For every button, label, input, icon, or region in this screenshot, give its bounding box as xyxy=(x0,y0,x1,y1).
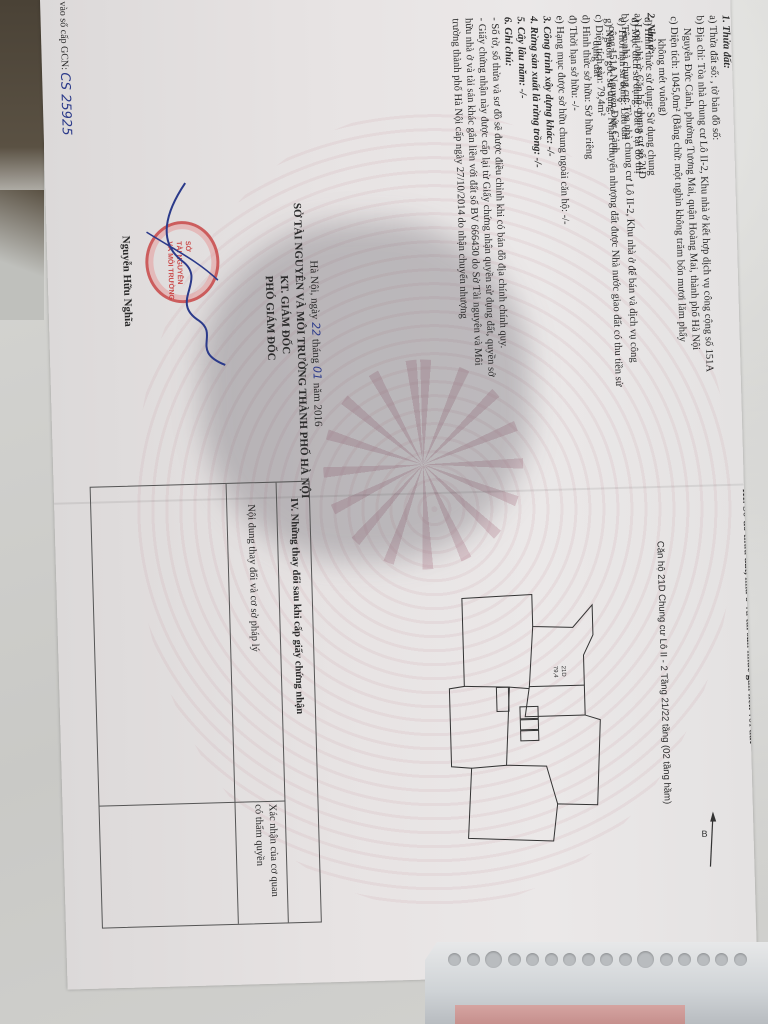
table-edge xyxy=(0,0,44,210)
north-arrow-icon: B xyxy=(691,811,733,872)
svg-text:B: B xyxy=(701,829,707,839)
apartment-floor-plan: 21D 79,4 xyxy=(441,563,649,868)
registry-number: vào sổ cấp GCN: CS 25925 xyxy=(56,1,73,135)
signer-name: Nguyễn Hữu Nghĩa xyxy=(119,236,135,327)
table-edge-fade xyxy=(0,190,44,320)
svg-text:79,4: 79,4 xyxy=(552,666,558,679)
svg-text:21D: 21D xyxy=(560,666,566,678)
signature-block: Hà Nội, ngày 22 tháng 01 năm 2016 SỞ TÀI… xyxy=(258,162,328,499)
land-use-certificate: II. Thửa đất, nhà ở và tài sản khác gắn … xyxy=(40,0,757,990)
sheet-protector-holes xyxy=(448,953,747,968)
changes-table xyxy=(90,481,322,929)
section-ii-house-block: 2. Nhà ở: a) Loại nhà ở: Căn hộ chung cư… xyxy=(449,13,667,378)
second-certificate-edge xyxy=(455,1005,685,1024)
handwritten-signature xyxy=(125,170,241,373)
changes-col-confirm: Xác nhận của cơ quan có thẩm quyền xyxy=(251,804,282,898)
